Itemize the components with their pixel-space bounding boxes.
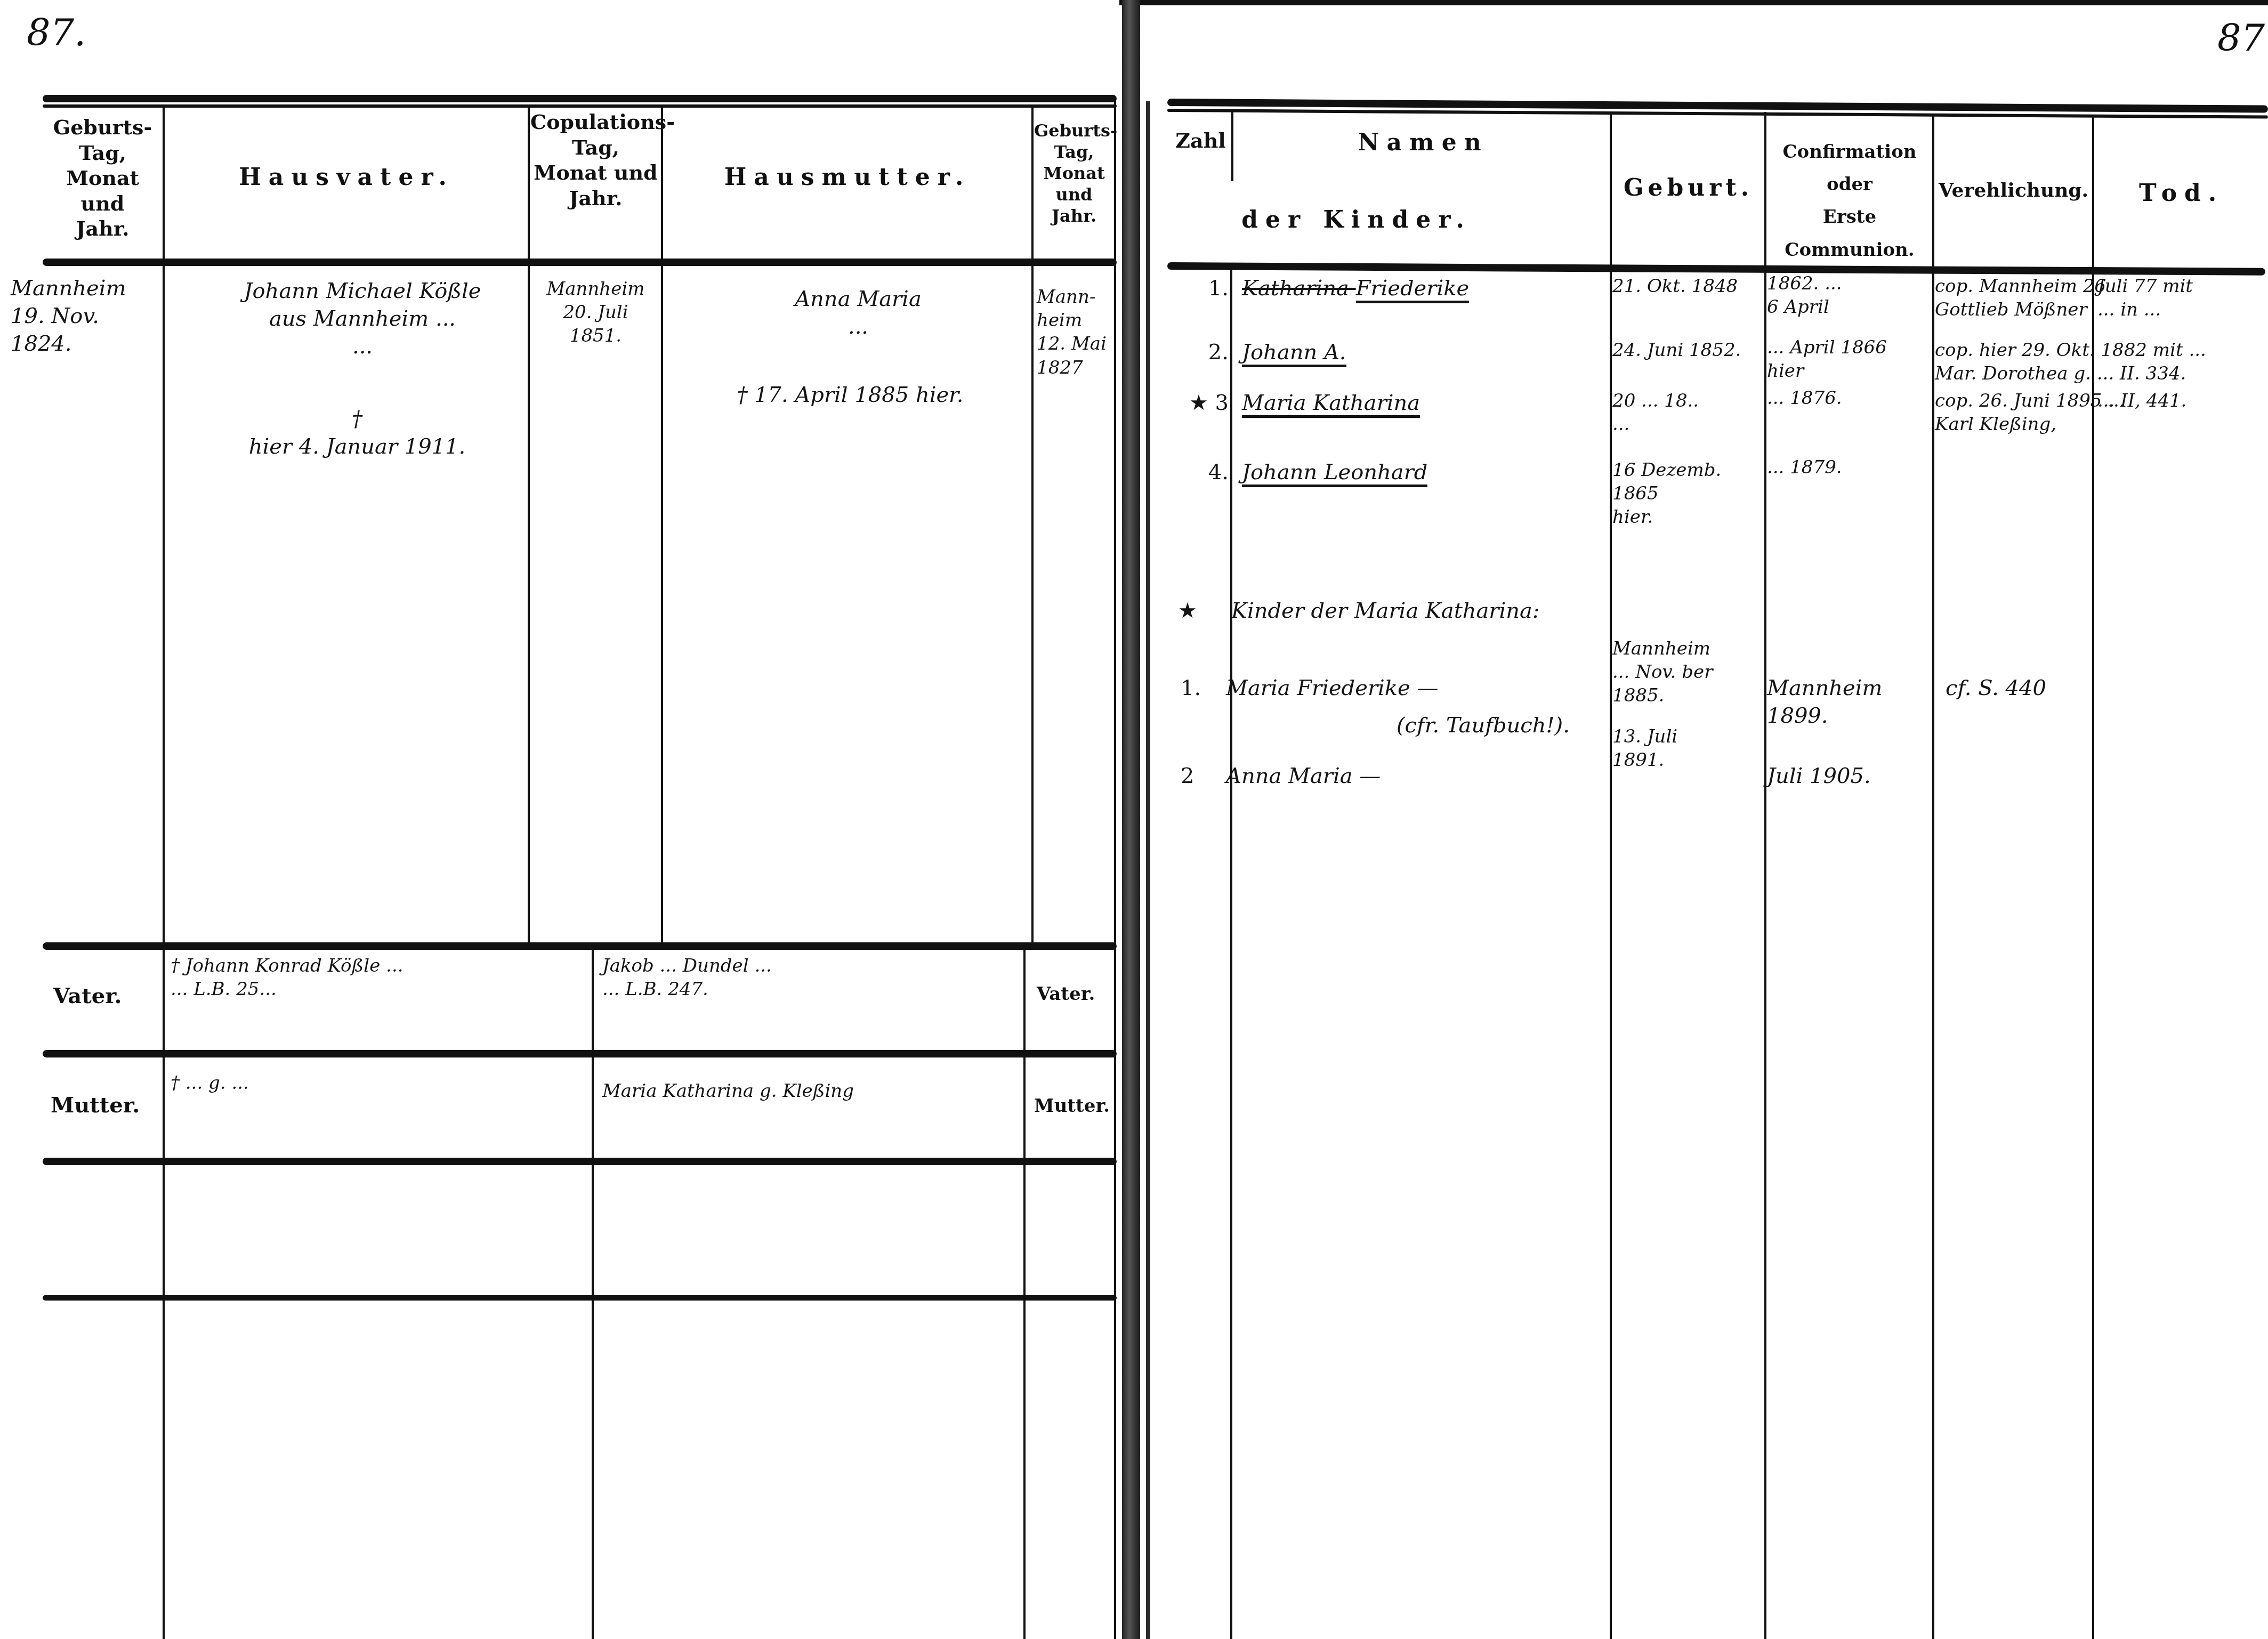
child-number: ★ 3	[1181, 389, 1229, 417]
hausvater-entry: Johann Michael Kößle aus Mannheim ... ..…	[203, 277, 522, 360]
child-name-text: Johann Leonhard	[1242, 460, 1427, 487]
child-birth: 16 Dezemb. 1865 hier.	[1612, 458, 1764, 529]
father-birth-entry: Mannheim 19. Nov. 1824.	[11, 274, 160, 358]
father-of-hausmutter: Jakob ... Dundel ... ... L.B. 247.	[602, 954, 1018, 1001]
copulation-entry: Mannheim 20. Juli 1851.	[533, 277, 658, 348]
child-name-struck: Katharina	[1242, 276, 1356, 301]
parents-col-divider-3	[1023, 946, 1026, 1639]
child-death: ... II, 441.	[2097, 389, 2265, 413]
child-confirmation: ... April 1866 hier	[1767, 336, 1930, 383]
vater-label-left: Vater.	[53, 983, 122, 1008]
header-tod: Tod.	[2095, 179, 2268, 208]
parents-bottom-rule	[43, 1158, 1117, 1165]
mutter-label-right: Mutter.	[1034, 1095, 1110, 1117]
grandchild-name: Maria Friederike —	[1226, 674, 1610, 702]
parents-top-rule	[43, 942, 1117, 950]
left-col-divider-2	[528, 107, 530, 946]
mother-of-hausmutter: Maria Katharina g. Kleßing	[602, 1079, 1018, 1103]
right-col-divider-geburt	[1764, 112, 1766, 1639]
child-name-text: Friederike	[1356, 276, 1469, 303]
child-confirmation: ... 1879.	[1767, 456, 1930, 479]
header-hausvater: Hausvater.	[165, 163, 528, 192]
hausvater-death-entry: † hier 4. Januar 1911.	[187, 405, 528, 461]
note-marker: ★	[1178, 597, 1197, 625]
parents-middle-rule	[43, 1050, 1117, 1057]
book-spine	[1122, 0, 1140, 1639]
right-col-divider-confirmation	[1932, 115, 1934, 1639]
header-copulation-date: Copulations- Tag, Monat und Jahr.	[530, 109, 661, 211]
father-of-hausvater: † Johann Konrad Kößle ... ... L.B. 25...	[171, 954, 586, 1001]
left-header-top-rule-thin	[43, 104, 1117, 108]
right-col-divider-namen	[1610, 112, 1612, 1639]
hausmutter-entry: Anna Maria ...	[693, 285, 1023, 341]
right-zahl-divider-body	[1230, 267, 1232, 1639]
left-header-bottom-rule	[43, 259, 1117, 266]
grandchild-confirmation: Mannheim 1899.	[1767, 674, 1930, 730]
child-name-text: Johann A.	[1242, 340, 1346, 367]
child-marriage: cop. hier 29. Okt. 1882 mit ... Mar. Dor…	[1935, 338, 2265, 385]
grandchild-number: 2	[1181, 762, 1213, 790]
left-lower-rule	[43, 1295, 1117, 1301]
grandchild-birth: 13. Juli 1891.	[1612, 725, 1764, 772]
grandchild-name-note: (cfr. Taufbuch!).	[1397, 712, 1610, 739]
mother-of-hausvater: † ... g. ...	[171, 1071, 586, 1095]
parents-col-divider-2	[592, 946, 594, 1639]
child-name: Johann A.	[1242, 338, 1604, 366]
right-page-edge	[1146, 101, 1150, 1639]
left-page-number: 87.	[27, 11, 86, 54]
hausmutter-death-entry: † 17. April 1885 hier.	[672, 381, 1029, 409]
header-father-birth-date: Geburts- Tag, Monat und Jahr.	[45, 115, 160, 241]
mother-birth-entry: Mann- heim 12. Mai 1827	[1037, 285, 1111, 380]
grandchild-name: Anna Maria —	[1226, 762, 1610, 790]
header-geburt: Geburt.	[1612, 173, 1764, 203]
left-col-divider-3	[661, 107, 663, 946]
right-header-bottom-rule	[1167, 262, 2265, 276]
grandchild-birth: Mannheim ... Nov. ber 1885.	[1612, 637, 1764, 708]
right-zahl-divider	[1231, 112, 1233, 181]
child-birth: 21. Okt. 1848	[1612, 274, 1764, 298]
grandchild-marriage: cf. S. 440	[1946, 674, 2089, 702]
header-confirmation: Confirmation oder Erste Communion.	[1767, 136, 1932, 267]
vater-label-right: Vater.	[1037, 983, 1095, 1005]
header-mother-birth-date: Geburts- Tag, Monat und Jahr.	[1034, 120, 1114, 227]
child-confirmation: 1862. ... 6 April	[1767, 272, 1930, 319]
left-header-top-rule	[43, 95, 1117, 102]
parents-col-divider-1	[163, 946, 165, 1639]
note-text: Kinder der Maria Katharina:	[1231, 597, 1711, 625]
header-zahl: Zahl	[1170, 128, 1231, 154]
header-der-kinder: der Kinder.	[1170, 205, 1543, 235]
grandchild-number: 1.	[1181, 674, 1213, 702]
left-page-right-border	[1114, 101, 1116, 1639]
child-birth: 24. Juni 1852.	[1612, 338, 1764, 362]
page-top-shadow	[1119, 0, 2268, 5]
child-number: 2.	[1181, 338, 1229, 366]
header-namen: Namen	[1237, 128, 1610, 157]
child-number: 4.	[1181, 458, 1229, 486]
left-col-divider-1	[163, 107, 165, 946]
left-col-divider-4	[1031, 107, 1034, 946]
child-name: Johann Leonhard	[1242, 458, 1604, 486]
child-number: 1.	[1181, 274, 1229, 302]
child-confirmation: ... 1876.	[1767, 386, 1930, 410]
child-birth: 20 ... 18.. ...	[1612, 389, 1764, 436]
header-verehlichung: Verehlichung.	[1935, 179, 2092, 203]
child-name: Katharina Friederike	[1242, 274, 1604, 302]
mutter-label-left: Mutter.	[51, 1093, 140, 1118]
child-name: Maria Katharina	[1242, 389, 1604, 417]
child-death: Juli 77 mit ... in ...	[2097, 274, 2265, 321]
header-hausmutter: Hausmutter.	[664, 163, 1031, 192]
right-page-number: 87	[2217, 16, 2265, 60]
grandchild-confirmation: Juli 1905.	[1767, 762, 1930, 790]
child-name-text: Maria Katharina	[1242, 391, 1420, 418]
